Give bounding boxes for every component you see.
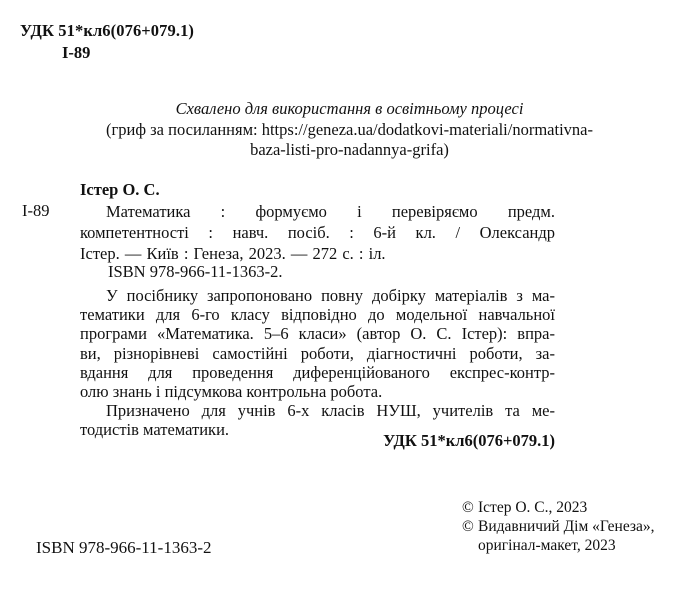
annotation: У посібнику запропоновано повну добірку … (80, 286, 555, 440)
copyright-author: ©Істер О. С., 2023 (462, 499, 587, 517)
catalog-author: Істер О. С. (80, 180, 160, 200)
catalog-line: Істер. — Київ : Генеза, 2023. — 272 с. :… (80, 243, 555, 264)
isbn-footer: ISBN 978-966-11-1363-2 (36, 538, 212, 558)
grif-reference-line-2: baza-listi-pro-nadannya-grifa) (0, 140, 699, 160)
author-mark: І-89 (62, 43, 90, 63)
copyright-author-text: Істер О. С., 2023 (478, 499, 587, 516)
catalog-line: компетентності : навч. посіб. : 6-й кл. … (80, 222, 555, 243)
copyright-layout: оригінал-макет, 2023 (478, 537, 616, 555)
annotation-line: ви, різнорівневі самостійні роботи, діаг… (80, 344, 555, 363)
copyright-icon: © (462, 499, 478, 517)
copyright-publisher: ©Видавничий Дім «Генеза», (462, 518, 655, 536)
copyright-publisher-text: Видавничий Дім «Генеза», (478, 518, 655, 535)
copyright-icon: © (462, 518, 478, 536)
annotation-line: вдання для проведення диференційованого … (80, 363, 555, 382)
approval-statement: Схвалено для використання в освітньому п… (0, 99, 699, 119)
annotation-line: програми «Математика. 5–6 класи» (автор … (80, 324, 555, 343)
catalog-line: Математика : формуємо і перевіряємо пред… (80, 201, 555, 222)
catalog-isbn: ISBN 978-966-11-1363-2. (108, 262, 282, 282)
grif-reference-line-1: (гриф за посиланням: https://geneza.ua/d… (0, 120, 699, 140)
catalog-code: І-89 (22, 201, 50, 221)
annotation-line: олю знань і підсумкова контрольна робота… (80, 382, 555, 401)
udc-classification-footer: УДК 51*кл6(076+079.1) (383, 431, 555, 451)
udc-classification: УДК 51*кл6(076+079.1) (20, 21, 194, 41)
catalog-record: Математика : формуємо і перевіряємо пред… (80, 201, 555, 264)
annotation-line: тематики для 6-го класу відповідно до мо… (80, 305, 555, 324)
annotation-line: Призначено для учнів 6-х класів НУШ, учи… (80, 401, 555, 420)
annotation-line: У посібнику запропоновано повну добірку … (80, 286, 555, 305)
